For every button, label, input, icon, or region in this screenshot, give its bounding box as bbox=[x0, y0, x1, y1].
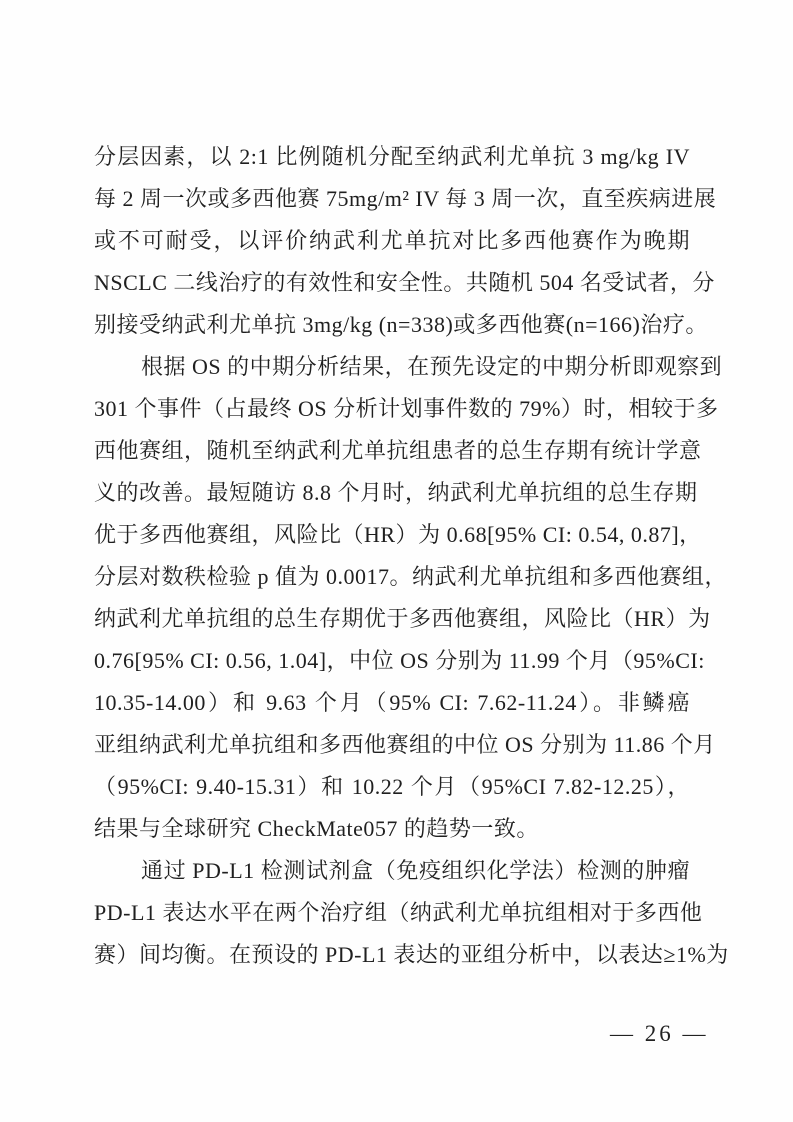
text-line: 西他赛组，随机至纳武利尤单抗组患者的总生存期有统计学意 bbox=[94, 430, 690, 472]
body-text: 分层因素，以 2:1 比例随机分配至纳武利尤单抗 3 mg/kg IV每 2 周… bbox=[94, 136, 690, 976]
text-line: 10.35-14.00）和 9.63 个月（95% CI: 7.62-11.24… bbox=[94, 682, 690, 724]
text-line: 优于多西他赛组，风险比（HR）为 0.68[95% CI: 0.54, 0.87… bbox=[94, 514, 690, 556]
text-line: 或不可耐受，以评价纳武利尤单抗对比多西他赛作为晚期 bbox=[94, 220, 690, 262]
text-line: 0.76[95% CI: 0.56, 1.04]，中位 OS 分别为 11.99… bbox=[94, 640, 690, 682]
document-page: 分层因素，以 2:1 比例随机分配至纳武利尤单抗 3 mg/kg IV每 2 周… bbox=[0, 0, 793, 1122]
text-line: （95%CI: 9.40-15.31）和 10.22 个月（95%CI 7.82… bbox=[94, 766, 690, 808]
text-line: 别接受纳武利尤单抗 3mg/kg (n=338)或多西他赛(n=166)治疗。 bbox=[94, 304, 690, 346]
text-line: 通过 PD-L1 检测试剂盒（免疫组织化学法）检测的肿瘤 bbox=[94, 850, 690, 892]
text-line: 分层对数秩检验 p 值为 0.0017。纳武利尤单抗组和多西他赛组， bbox=[94, 556, 690, 598]
text-line: 结果与全球研究 CheckMate057 的趋势一致。 bbox=[94, 808, 690, 850]
text-line: 301 个事件（占最终 OS 分析计划事件数的 79%）时，相较于多 bbox=[94, 388, 690, 430]
text-line: 赛）间均衡。在预设的 PD-L1 表达的亚组分析中，以表达≥1%为 bbox=[94, 934, 690, 976]
text-line: 义的改善。最短随访 8.8 个月时，纳武利尤单抗组的总生存期 bbox=[94, 472, 690, 514]
text-line: 亚组纳武利尤单抗组和多西他赛组的中位 OS 分别为 11.86 个月 bbox=[94, 724, 690, 766]
text-line: 纳武利尤单抗组的总生存期优于多西他赛组，风险比（HR）为 bbox=[94, 598, 690, 640]
text-line: 每 2 周一次或多西他赛 75mg/m² IV 每 3 周一次，直至疾病进展 bbox=[94, 178, 690, 220]
text-line: 分层因素，以 2:1 比例随机分配至纳武利尤单抗 3 mg/kg IV bbox=[94, 136, 690, 178]
text-line: NSCLC 二线治疗的有效性和安全性。共随机 504 名受试者，分 bbox=[94, 262, 690, 304]
page-number: — 26 — bbox=[610, 1021, 709, 1047]
text-line: PD-L1 表达水平在两个治疗组（纳武利尤单抗组相对于多西他 bbox=[94, 892, 690, 934]
text-line: 根据 OS 的中期分析结果，在预先设定的中期分析即观察到 bbox=[94, 346, 690, 388]
